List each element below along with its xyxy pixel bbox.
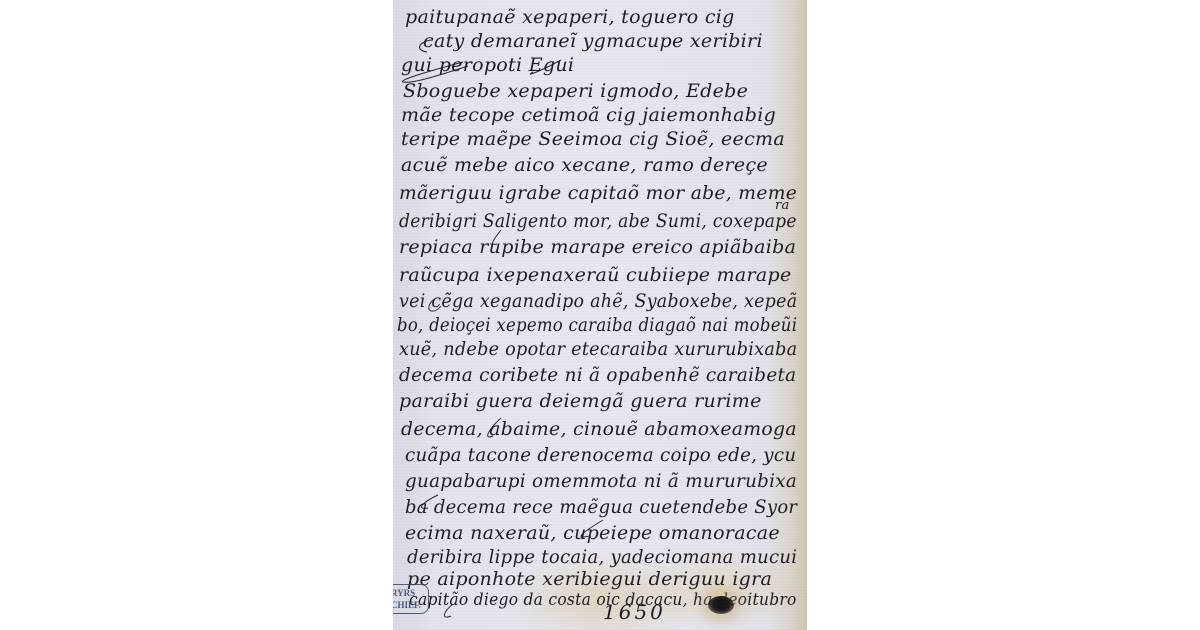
manuscript-line: acuẽ mebe aico xecane, ramo dereçe bbox=[401, 154, 768, 176]
manuscript-text: paitupanaẽ xepaperi, toguero cig caty de… bbox=[393, 0, 807, 630]
manuscript-line: Sboguebe xepaperi igmodo, Edebe bbox=[403, 80, 748, 102]
manuscript-line: paitupanaẽ xepaperi, toguero cig bbox=[405, 6, 735, 28]
manuscript-line: cuãpa tacone derenocema coipo ede, ycu bbox=[405, 444, 796, 466]
manuscript-line: decema coribete ni ã opabenhẽ caraibeta bbox=[399, 364, 796, 386]
manuscript-line: caty demaraneĩ ygmacupe xeribiri bbox=[423, 30, 763, 52]
manuscript-line: guapabarupi omemmota ni ã mururubixa bbox=[405, 470, 797, 492]
manuscript-line: bo, deioçei xepemo caraiba diagaõ nai mo… bbox=[397, 314, 797, 336]
manuscript-line: vei cẽga xeganadipo ahẽ, Syaboxebe, xepe… bbox=[399, 290, 797, 312]
manuscript-line: raũcupa ixepenaxeraũ cubiiepe marape bbox=[399, 264, 792, 286]
manuscript-date: 1650 bbox=[603, 600, 666, 624]
manuscript-line: paraibi guera deiemgã guera rurime bbox=[399, 390, 762, 412]
manuscript-page: paitupanaẽ xepaperi, toguero cig caty de… bbox=[393, 0, 807, 630]
manuscript-line: gui peropoti Egui bbox=[401, 54, 574, 76]
manuscript-line: ecima naxeraũ, cupeiepe omanoracae bbox=[405, 522, 780, 544]
margin-note: ra bbox=[775, 198, 790, 213]
manuscript-line: pe aiponhote xeribiegui deriguu igra bbox=[407, 568, 772, 590]
canvas: paitupanaẽ xepaperi, toguero cig caty de… bbox=[0, 0, 1200, 630]
manuscript-line: mãeriguu igrabe capitaõ mor abe, meme bbox=[399, 182, 797, 204]
manuscript-line: ba decema rece maẽgua cuetendebe Syor bbox=[405, 496, 797, 518]
stamp-line-1: RYRS bbox=[393, 587, 428, 599]
manuscript-line: teripe maẽpe Seeimoa cig Sioẽ, eecma bbox=[401, 128, 785, 150]
manuscript-line: mãe tecope cetimoã cig jaiemonhabig bbox=[401, 104, 776, 126]
manuscript-line: deribira lippe tocaia, yadeciomana mucui bbox=[407, 546, 797, 568]
manuscript-line: repiaca rupibe marape ereico apiãbaiba bbox=[399, 236, 796, 258]
manuscript-line: xuẽ, ndebe opotar etecaraiba xururubixab… bbox=[399, 338, 797, 360]
stamp-line-2: CHIEF. bbox=[393, 599, 428, 611]
ink-blot bbox=[708, 596, 734, 614]
manuscript-line: deribigri Saligento mor, abe Sumi, coxep… bbox=[399, 210, 797, 232]
manuscript-line: decema, abaime, cinouẽ abamoxeamoga bbox=[401, 418, 797, 440]
archive-stamp: RYRS CHIEF. bbox=[393, 584, 429, 614]
